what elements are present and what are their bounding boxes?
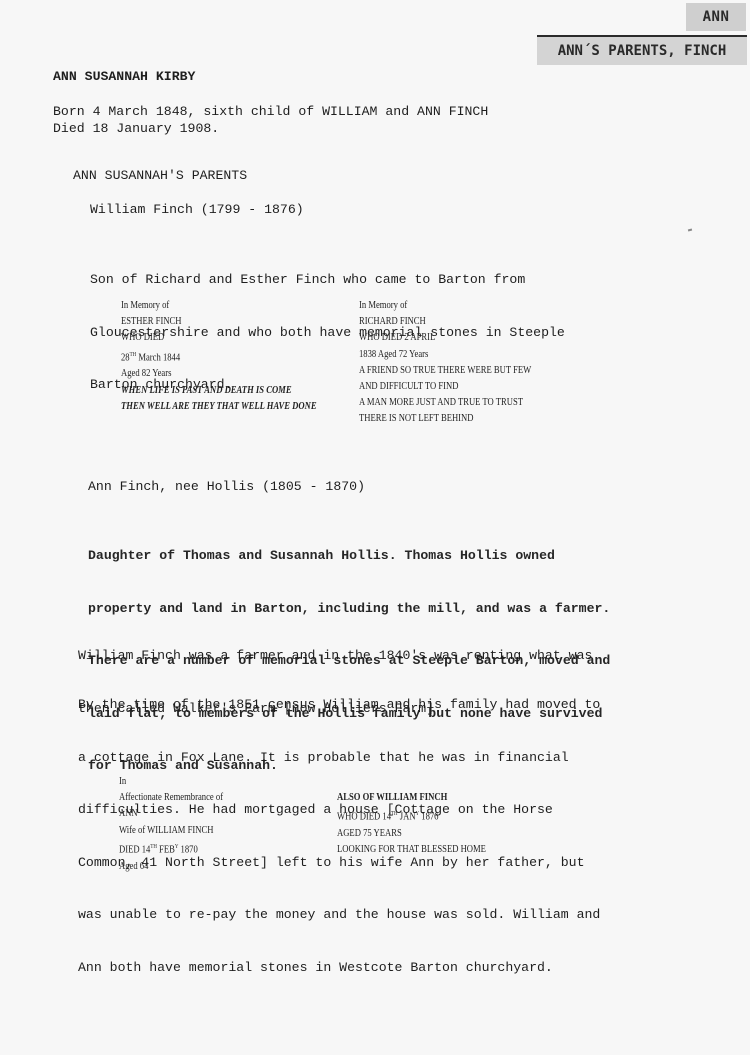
inscription-line: ESTHER FINCH xyxy=(121,314,317,330)
memorial-william-finch: ALSO OF WILLIAM FINCHWHO DIED 14TH JANY … xyxy=(337,790,486,858)
inscription-line: 28TH March 1844 xyxy=(121,347,317,367)
inscription-line: Aged 64 xyxy=(119,859,223,875)
father-line: Son of Richard and Esther Finch who came… xyxy=(90,271,565,289)
born-line: Born 4 March 1848, sixth child of WILLIA… xyxy=(53,103,488,120)
inscription-line: AGED 75 YEARS xyxy=(337,826,486,842)
inscription-line: A FRIEND SO TRUE THERE WERE BUT FEW xyxy=(359,363,531,379)
census-line: By the time of the 1851 census William a… xyxy=(78,696,600,714)
inscription-line: RICHARD FINCH xyxy=(359,314,531,330)
inscription-line: Aged 82 Years xyxy=(121,366,317,382)
inscription-line: AND DIFFICULT TO FIND xyxy=(359,379,531,395)
inscription-line: THERE IS NOT LEFT BEHIND xyxy=(359,411,531,427)
inscription-line: In Memory of xyxy=(359,298,531,314)
section-tag: ANN´S PARENTS, FINCH xyxy=(537,37,747,65)
census-line: a cottage in Fox Lane. It is probable th… xyxy=(78,749,600,767)
died-line: Died 18 January 1908. xyxy=(53,120,219,137)
scan-speck xyxy=(688,229,692,232)
inscription-line: A MAN MORE JUST AND TRUE TO TRUST xyxy=(359,395,531,411)
inscription-line: ANN xyxy=(119,806,223,822)
census-line: Ann both have memorial stones in Westcot… xyxy=(78,959,600,977)
memorial-richard-finch: In Memory ofRICHARD FINCHWHO DIED 2 APRI… xyxy=(359,298,531,428)
inscription-line: THEN WELL ARE THEY THAT WELL HAVE DONE xyxy=(121,399,317,415)
memorial-ann-finch: InAffectionate Remembrance ofANNWife of … xyxy=(119,774,223,875)
inscription-line: LOOKING FOR THAT BLESSED HOME xyxy=(337,842,486,858)
subject-name: ANN SUSANNAH KIRBY xyxy=(53,68,195,85)
inscription-line: WHO DIED 2 APRIL xyxy=(359,330,531,346)
father-heading: William Finch (1799 - 1876) xyxy=(90,201,304,218)
inscription-line: In Memory of xyxy=(121,298,317,314)
memorial-esther-finch: In Memory ofESTHER FINCHWHO DIED28TH Mar… xyxy=(121,298,317,415)
inscription-line: Wife of WILLIAM FINCH xyxy=(119,823,223,839)
mother-line: Daughter of Thomas and Susannah Hollis. … xyxy=(88,547,610,565)
inscription-line: WHO DIED xyxy=(121,330,317,346)
inscription-line: Affectionate Remembrance of xyxy=(119,790,223,806)
inscription-line: In xyxy=(119,774,223,790)
page-tag-ann: ANN xyxy=(686,3,746,31)
inscription-line: ALSO OF WILLIAM FINCH xyxy=(337,790,486,806)
mother-heading: Ann Finch, nee Hollis (1805 - 1870) xyxy=(88,478,365,495)
census-line: was unable to re-pay the money and the h… xyxy=(78,906,600,924)
inscription-line: WHO DIED 14TH JANY 1876 xyxy=(337,806,486,826)
inscription-line: WHEN LIFE IS PAST AND DEATH IS COME xyxy=(121,383,317,399)
parents-heading: ANN SUSANNAH'S PARENTS xyxy=(73,167,247,184)
inscription-line: DIED 14TH FEBY 1870 xyxy=(119,839,223,859)
inscription-line: 1838 Aged 72 Years xyxy=(359,347,531,363)
